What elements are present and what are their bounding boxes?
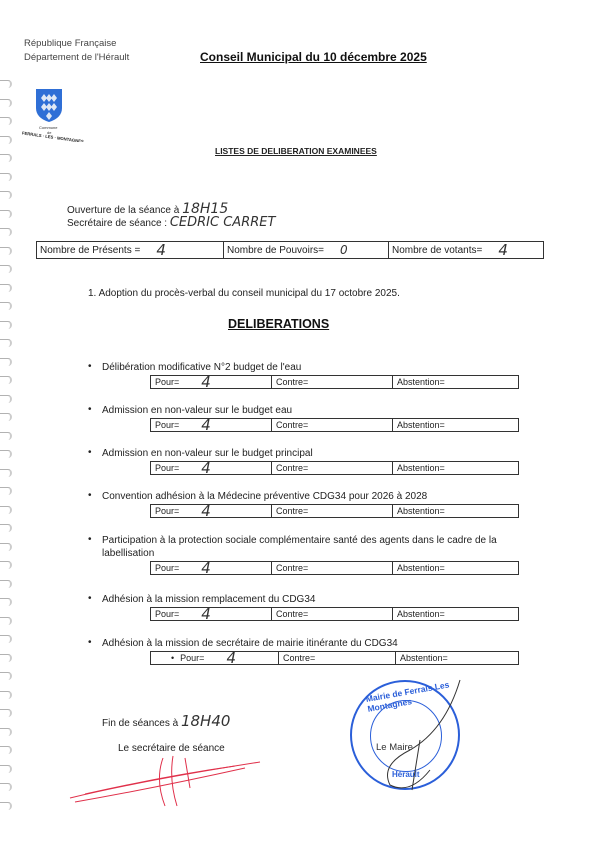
pour-value: 4 <box>201 609 211 619</box>
contre-label: Contre= <box>276 420 308 430</box>
vote-abstention-cell: Abstention= <box>393 505 518 517</box>
vote-abstention-cell: Abstention= <box>393 608 518 620</box>
municipal-logo: Commune de FERRALS · LES · MONTAGNES <box>22 86 102 142</box>
deliberation-label: Délibération modificative N°2 budget de … <box>102 361 528 374</box>
contre-label: Contre= <box>276 377 308 387</box>
pour-label: Pour= <box>155 609 179 619</box>
vote-table: •Pour=4Contre=Abstention= <box>150 651 519 665</box>
deliberation-item: •Adhésion à la mission remplacement du C… <box>88 593 528 621</box>
bullet-icon: • <box>88 593 92 604</box>
vote-abstention-cell: Abstention= <box>393 419 518 431</box>
vote-abstention-cell: Abstention= <box>393 376 518 388</box>
bullet-icon: • <box>88 637 92 648</box>
adoption-item: 1. Adoption du procès-verbal du conseil … <box>88 288 400 299</box>
voters-label: Nombre de votants= <box>392 245 482 256</box>
present-value: 4 <box>156 241 166 259</box>
vote-pour-cell: Pour=4 <box>151 419 272 431</box>
republic-label: République Française <box>24 38 116 49</box>
abstention-label: Abstention= <box>397 609 445 619</box>
pour-label: Pour= <box>155 463 179 473</box>
svg-text:FERRALS · LES · MONTAGNES: FERRALS · LES · MONTAGNES <box>22 130 84 142</box>
mayor-signature <box>350 670 470 800</box>
deliberation-label: Participation à la protection sociale co… <box>102 534 528 560</box>
deliberation-item: •Admission en non-valeur sur le budget p… <box>88 447 528 475</box>
abstention-label: Abstention= <box>397 506 445 516</box>
contre-label: Contre= <box>276 563 308 573</box>
vote-pour-cell: Pour=4 <box>151 376 272 388</box>
abstention-label: Abstention= <box>397 420 445 430</box>
contre-label: Contre= <box>276 609 308 619</box>
page-title: Conseil Municipal du 10 décembre 2025 <box>200 50 427 64</box>
pour-value: 4 <box>201 420 211 430</box>
deliberation-item: •Convention adhésion à la Médecine préve… <box>88 490 528 518</box>
vote-table: Pour=4Contre=Abstention= <box>150 418 519 432</box>
vote-table: Pour=4Contre=Abstention= <box>150 461 519 475</box>
vote-pour-cell: •Pour=4 <box>151 652 279 664</box>
deliberation-item: •Admission en non-valeur sur le budget e… <box>88 404 528 432</box>
vote-table: Pour=4Contre=Abstention= <box>150 561 519 575</box>
vote-pour-cell: Pour=4 <box>151 608 272 620</box>
abstention-label: Abstention= <box>397 377 445 387</box>
vote-contre-cell: Contre= <box>272 562 393 574</box>
contre-label: Contre= <box>276 463 308 473</box>
secretary-label: Secrétaire de séance : <box>67 218 167 229</box>
vote-contre-cell: Contre= <box>272 419 393 431</box>
pour-label: Pour= <box>155 506 179 516</box>
pour-value: 4 <box>201 463 211 473</box>
abstention-label: Abstention= <box>400 653 448 663</box>
vote-contre-cell: Contre= <box>272 608 393 620</box>
pour-label: Pour= <box>155 377 179 387</box>
bullet-icon: • <box>88 490 92 501</box>
proxies-label: Nombre de Pouvoirs= <box>227 245 324 256</box>
vote-pour-cell: Pour=4 <box>151 562 272 574</box>
vote-contre-cell: Contre= <box>272 505 393 517</box>
deliberations-title: DELIBERATIONS <box>228 317 329 331</box>
end-row: Fin de séances à 18H40 <box>102 712 230 730</box>
attendance-table: Nombre de Présents = 4 Nombre de Pouvoir… <box>36 241 544 259</box>
secretary-name: CEDRIC CARRET <box>170 215 276 230</box>
voters-cell: Nombre de votants= 4 <box>389 242 543 258</box>
contre-label: Contre= <box>283 653 315 663</box>
department-label: Département de l'Hérault <box>24 52 129 63</box>
abstention-label: Abstention= <box>397 463 445 473</box>
binding-holes <box>0 80 14 820</box>
secretary-signature <box>65 750 265 810</box>
present-label: Nombre de Présents = <box>40 245 140 256</box>
contre-label: Contre= <box>276 506 308 516</box>
bullet-icon: • <box>171 653 174 663</box>
deliberation-label: Admission en non-valeur sur le budget ea… <box>102 404 528 417</box>
proxies-value: 0 <box>340 243 348 257</box>
proxies-cell: Nombre de Pouvoirs= 0 <box>224 242 389 258</box>
pour-value: 4 <box>201 563 211 573</box>
pour-label: Pour= <box>155 420 179 430</box>
deliberation-item: •Adhésion à la mission de secrétaire de … <box>88 637 528 665</box>
deliberation-label: Convention adhésion à la Médecine préven… <box>102 490 528 503</box>
end-time: 18H40 <box>181 712 230 730</box>
vote-table: Pour=4Contre=Abstention= <box>150 607 519 621</box>
deliberation-item: •Délibération modificative N°2 budget de… <box>88 361 528 389</box>
deliberation-label: Adhésion à la mission de secrétaire de m… <box>102 637 528 650</box>
vote-table: Pour=4Contre=Abstention= <box>150 504 519 518</box>
voters-value: 4 <box>498 241 508 259</box>
end-label: Fin de séances à <box>102 718 178 729</box>
vote-abstention-cell: Abstention= <box>393 562 518 574</box>
pour-label: Pour= <box>180 653 204 663</box>
vote-table: Pour=4Contre=Abstention= <box>150 375 519 389</box>
pour-value: 4 <box>226 653 236 663</box>
vote-contre-cell: Contre= <box>272 462 393 474</box>
bullet-icon: • <box>88 361 92 372</box>
vote-contre-cell: Contre= <box>272 376 393 388</box>
secretary-row: Secrétaire de séance : CEDRIC CARRET <box>67 215 275 230</box>
pour-value: 4 <box>201 506 211 516</box>
pour-label: Pour= <box>155 563 179 573</box>
vote-abstention-cell: Abstention= <box>396 652 518 664</box>
pour-value: 4 <box>201 377 211 387</box>
bullet-icon: • <box>88 404 92 415</box>
bullet-icon: • <box>88 534 92 545</box>
coat-of-arms-icon: Commune de FERRALS · LES · MONTAGNES <box>22 86 102 142</box>
present-cell: Nombre de Présents = 4 <box>37 242 224 258</box>
vote-contre-cell: Contre= <box>279 652 396 664</box>
abstention-label: Abstention= <box>397 563 445 573</box>
deliberation-label: Admission en non-valeur sur le budget pr… <box>102 447 528 460</box>
vote-pour-cell: Pour=4 <box>151 505 272 517</box>
vote-abstention-cell: Abstention= <box>393 462 518 474</box>
list-subtitle: LISTES DE DELIBERATION EXAMINEES <box>215 146 377 156</box>
bullet-icon: • <box>88 447 92 458</box>
deliberation-label: Adhésion à la mission remplacement du CD… <box>102 593 528 606</box>
deliberation-item: •Participation à la protection sociale c… <box>88 534 528 575</box>
vote-pour-cell: Pour=4 <box>151 462 272 474</box>
